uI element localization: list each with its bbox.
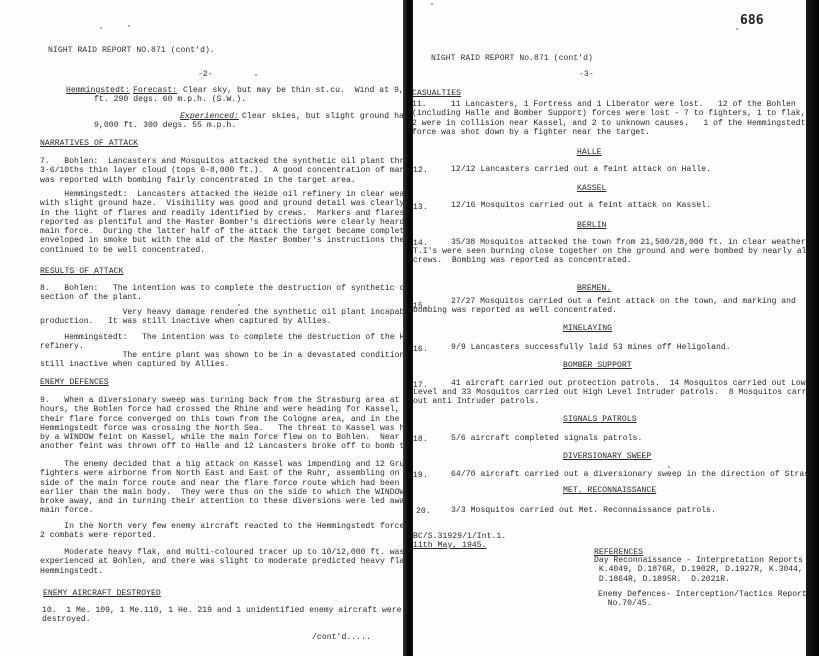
reference-line: Enemy Defences- Interception/Tactics Rep… — [598, 590, 806, 599]
forecast-line-2: ft. 290 degs. 60 m.p.h. (S.W.). — [94, 95, 246, 104]
document-date: 11th May, 1945. — [413, 541, 487, 550]
para-17-line: Level and 33 Mosquitos carried out High … — [413, 388, 806, 397]
reference-line: D.1864R, D.1895R. D.2021R. — [594, 575, 806, 584]
section-heading-berlin: BERLIN — [577, 221, 606, 230]
para-17-continued: Level and 33 Mosquitos carried out High … — [413, 388, 806, 407]
paragraph-8-hemmingstedt: Hemmingstedt: The intention was to compl… — [40, 333, 405, 352]
para-14-line: 35/38 Mosquitos attacked the town from 2… — [451, 238, 806, 247]
para-8b-line: Hemmingstedt: The intention was to compl… — [40, 333, 405, 342]
para-10-line: destroyed. — [42, 615, 405, 624]
para-7-line: was reported with bombing fairly concent… — [40, 176, 405, 185]
para-13-number: 13. — [413, 203, 428, 212]
para-8-line: 8. Bohlen: The intention was to complete… — [40, 284, 405, 293]
enemy-defences-reference: Enemy Defences- Interception/Tactics Rep… — [598, 590, 806, 609]
para-17-line: 41 aircraft carried out protection patro… — [451, 379, 806, 388]
para-7b-line: in the light of flares and readily ident… — [40, 209, 405, 218]
destroyed-heading: ENEMY AIRCRAFT DESTROYED — [43, 589, 161, 598]
para-9b-line: The enemy decided that a big attack on K… — [40, 460, 405, 469]
para-7-line: 7. Bohlen: Lancasters and Mosquitos atta… — [40, 157, 405, 166]
para-15-continued: bombing was reported as well concentrate… — [413, 306, 617, 315]
paragraph-7-hemmingstedt: Hemmingstedt: Lancasters attacked the He… — [40, 190, 405, 255]
para-9-line: hours, the Bohlen force had crossed the … — [40, 405, 405, 414]
para-9-line: Hemmingstedt force was crossing the Nort… — [40, 424, 405, 433]
para-7b-line: reported as plentiful and the Master Bom… — [40, 218, 405, 227]
right-page: 686 NIGHT RAID REPORT No.871 (cont'd) -3… — [413, 0, 806, 656]
left-page: NIGHT RAID REPORT NO.871 (cont'd). -2- H… — [0, 0, 405, 656]
section-heading-halle: HALLE — [577, 148, 602, 157]
para-16-number: 16. — [413, 345, 428, 354]
experienced-label: Experienced: — [180, 112, 239, 121]
para-9c-line: In the North very few enemy aircraft rea… — [40, 522, 405, 531]
forecast-line-1: Clear sky, but may be thin st.cu. Wind a… — [183, 86, 405, 95]
references-list: Day Reconnaissance - Interpretation Repo… — [594, 556, 806, 584]
reference-line: No.70/45. — [598, 599, 806, 608]
paragraph-11: 11. 11 Lancasters, 1 Fortress and 1 Libe… — [413, 100, 805, 137]
para-9b-line: side of the main force route and near th… — [40, 479, 405, 488]
para-17-line: out anti Intruder patrols. — [413, 397, 806, 406]
para-9b-line: main force. — [40, 506, 405, 515]
para-15-text: 27/27 Mosquitos carried out a feint atta… — [451, 297, 796, 306]
section-heading-met-reconnaissance: MET. RECONNAISSANCE — [563, 486, 656, 495]
para-9b-line: earlier than the main body. They were th… — [40, 488, 405, 497]
para-20-text: 3/3 Mosquitos carried out Met. Reconnais… — [451, 506, 716, 515]
para-7b-line: main force. During the latter half of th… — [40, 227, 405, 236]
para-18-number: 18. — [413, 435, 428, 444]
para-7b-line: with slight ground haze. Visibility was … — [40, 199, 405, 208]
left-page-number: -2- — [198, 70, 213, 79]
para-19-number: 19. — [413, 471, 428, 480]
weather-target-label: Hemmingstedt: — [66, 86, 130, 95]
experienced-line-1: Clear skies, but slight ground haze. Win… — [242, 112, 405, 121]
para-8-result-line: production. It was still inactive when c… — [40, 317, 405, 326]
section-heading-bomber-support: BOMBER SUPPORT — [563, 361, 632, 370]
para-8b-result-line: still inactive when captured by Allies. — [40, 360, 405, 369]
para-12-number: 12. — [413, 166, 428, 175]
para-7b-line: enveloped in smoke but with the aid of t… — [40, 236, 405, 245]
para-14-continued: T.I's were seen burning close together o… — [413, 247, 806, 266]
para-15-line: 27/27 Mosquitos carried out a feint atta… — [451, 297, 796, 306]
para-16-text: 9/9 Lancasters successfully laid 53 mine… — [451, 343, 731, 352]
forecast-label: Forecast: — [133, 86, 177, 95]
left-page-header: NIGHT RAID REPORT NO.871 (cont'd). — [48, 46, 215, 55]
reference-line: K.4049, D.1876R, D.1902R, D.1927R, K.304… — [594, 565, 806, 574]
para-9b-line: fighters were airborne from North East a… — [40, 469, 405, 478]
para-19-text: 64/70 aircraft carried out a diversionar… — [451, 470, 806, 479]
section-heading-signals-patrols: SIGNALS PATROLS — [563, 415, 637, 424]
para-9-line: another feint was thrown off to Halle an… — [40, 442, 405, 451]
para-7b-line: continued to be well concentrated. — [40, 246, 405, 255]
para-11-line: force was shot down by a fighter near th… — [413, 128, 805, 137]
results-heading: RESULTS OF ATTACK — [40, 267, 123, 276]
para-14-text: 35/38 Mosquitos attacked the town from 2… — [451, 238, 806, 247]
para-12-text: 12/12 Lancasters carried out a feint att… — [451, 165, 711, 174]
para-9d-line: Moderate heavy flak, and multi-coloured … — [40, 548, 405, 557]
scan-edge — [806, 0, 819, 656]
para-14-line: crews. Bombing was reported as concentra… — [413, 256, 806, 265]
paragraph-10: 10. 1 Me. 109, 1 Me.110, 1 He. 219 and 1… — [42, 606, 405, 625]
para-20-number: 20. — [416, 507, 431, 516]
para-8-line: section of the plant. — [40, 293, 405, 302]
casualties-heading: CASUALTIES — [413, 89, 461, 98]
para-11-line: (including Halle and Bomber Support) for… — [413, 109, 805, 118]
section-heading-kassel: KASSEL — [577, 184, 606, 193]
para-9-line: 9. When a diversionary sweep was turning… — [40, 396, 405, 405]
paragraph-9c: In the North very few enemy aircraft rea… — [40, 522, 405, 541]
para-17-text: 41 aircraft carried out protection patro… — [451, 379, 806, 388]
para-9d-line: experienced at Bohlen, and there was sli… — [40, 557, 405, 566]
section-heading-bremen: BREMEN. — [577, 284, 611, 293]
paragraph-8-result: Very heavy damage rendered the synthetic… — [40, 308, 405, 327]
para-7-line: 3-6/10ths thin layer cloud (tops 6-8,000… — [40, 166, 405, 175]
para-10-line: 10. 1 Me. 109, 1 Me.110, 1 He. 219 and 1… — [42, 606, 405, 615]
paragraph-9: 9. When a diversionary sweep was turning… — [40, 396, 405, 452]
para-9-line: their flare force converged on this town… — [40, 415, 405, 424]
para-9b-line: broke away, and in turning their attenti… — [40, 497, 405, 506]
para-9-line: by a WINDOW feint on Kassel, while the m… — [40, 433, 405, 442]
narratives-heading: NARRATIVES OF ATTACK — [40, 139, 138, 148]
experienced-line-2: 9,000 ft. 300 degs. 55 m.p.h. — [94, 121, 236, 130]
paragraph-8: 8. Bohlen: The intention was to complete… — [40, 284, 405, 303]
right-page-header: NIGHT RAID REPORT No.871 (cont'd) — [431, 54, 593, 63]
enemy-defences-heading: ENEMY DEFENCES — [40, 378, 109, 387]
para-11-line: 11. 11 Lancasters, 1 Fortress and 1 Libe… — [413, 100, 805, 109]
section-heading-minelaying: MINELAYING — [563, 324, 612, 333]
file-reference: BC/S.31929/1/Int.1. — [413, 532, 506, 541]
section-heading-diversionary-sweep: DIVERSIONARY SWEEP — [563, 452, 651, 461]
para-8b-result-line: The entire plant was shown to be in a de… — [40, 351, 405, 360]
continued-marker: /cont'd..... — [312, 633, 371, 642]
paragraph-8-hemmingstedt-result: The entire plant was shown to be in a de… — [40, 351, 405, 370]
para-18-text: 5/6 aircraft completed signals patrols. — [451, 434, 642, 443]
para-8-result-line: Very heavy damage rendered the synthetic… — [40, 308, 405, 317]
right-page-number: -3- — [579, 70, 594, 79]
archive-stamp-number: 686 — [740, 16, 764, 25]
para-14-line: T.I's were seen burning close together o… — [413, 247, 806, 256]
para-9d-line: Hemmingstedt. — [40, 567, 405, 576]
para-15-line: bombing was reported as well concentrate… — [413, 306, 617, 315]
para-9c-line: 2 combats were reported. — [40, 531, 405, 540]
paragraph-9b: The enemy decided that a big attack on K… — [40, 460, 405, 516]
para-7b-line: Hemmingstedt: Lancasters attacked the He… — [40, 190, 405, 199]
para-13-text: 12/16 Mosquitos carried out a feint atta… — [451, 201, 711, 210]
paragraph-7: 7. Bohlen: Lancasters and Mosquitos atta… — [40, 157, 405, 185]
paragraph-9d: Moderate heavy flak, and multi-coloured … — [40, 548, 405, 576]
para-11-line: 2 were in collision near Kassel, and 2 t… — [413, 119, 805, 128]
reference-line: Day Reconnaissance - Interpretation Repo… — [594, 556, 806, 565]
